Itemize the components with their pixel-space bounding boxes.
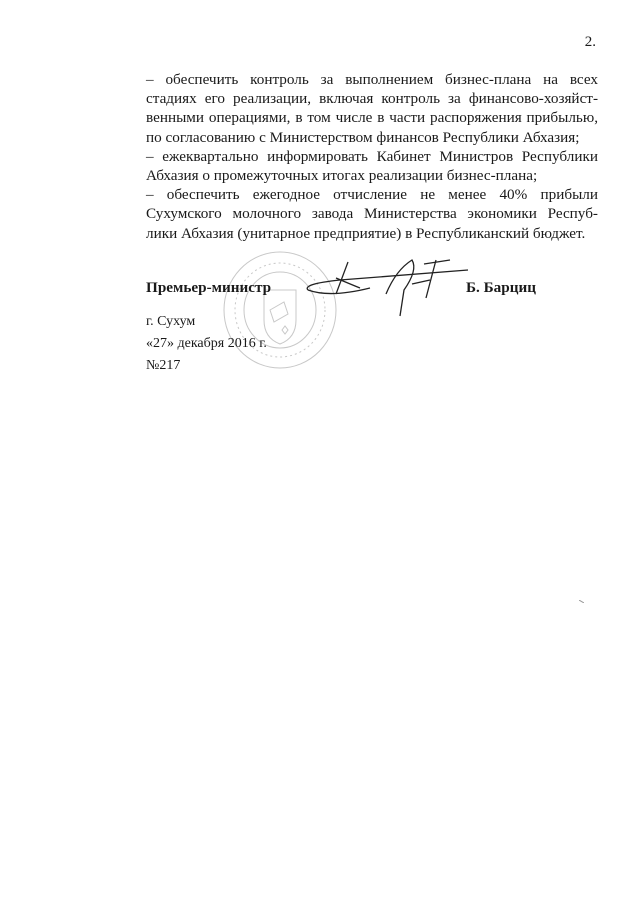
- signatory-name: Б. Барциц: [466, 279, 536, 297]
- paragraph-line: по согласованию с Министерством финансов…: [146, 128, 598, 147]
- paragraph-line: – ежеквартально информировать Кабинет Ми…: [146, 147, 598, 166]
- paragraph-line: венными операциями, в том числе в части …: [146, 108, 598, 127]
- paragraph-line: – обеспечить контроль за выполнением биз…: [146, 70, 598, 89]
- document-number: №217: [146, 358, 180, 374]
- body-text: – обеспечить контроль за выполнением биз…: [146, 70, 598, 243]
- page-number: 2.: [585, 34, 596, 51]
- paragraph-line: лики Абхазия (унитарное предприятие) в Р…: [146, 224, 598, 243]
- paragraph-line: – обеспечить ежегодное отчисление не мен…: [146, 185, 598, 204]
- place: г. Сухум: [146, 314, 195, 330]
- date: «27» декабря 2016 г.: [146, 336, 267, 352]
- paragraph-line: стадиях его реализации, включая контроль…: [146, 89, 598, 108]
- signatory-title: Премьер-министр: [146, 279, 271, 297]
- paragraph-line: Сухумского молочного завода Министерства…: [146, 204, 598, 223]
- paragraph-line: Абхазия о промежуточных итогах реализаци…: [146, 166, 598, 185]
- scan-speck: [579, 600, 584, 603]
- signature-row: Премьер-министр Б. Барциц: [146, 279, 598, 303]
